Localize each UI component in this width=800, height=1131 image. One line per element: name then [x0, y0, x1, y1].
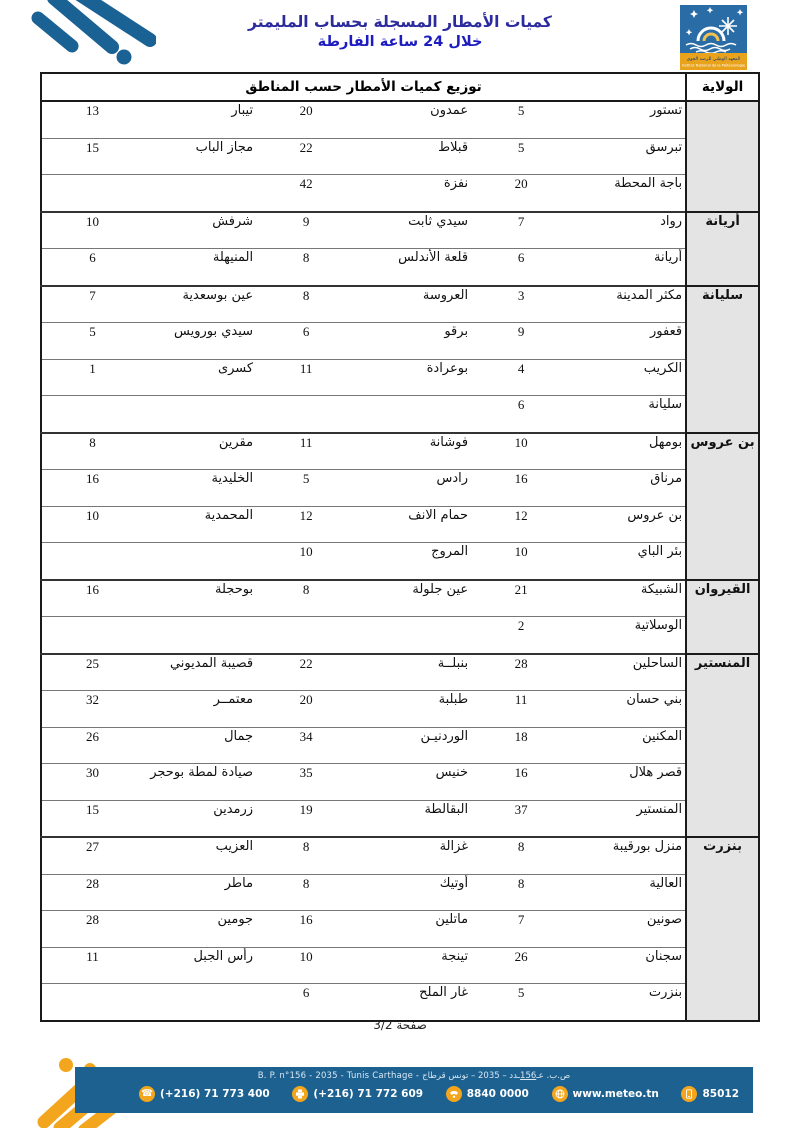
- rain-value-cell: 8: [256, 874, 356, 911]
- table-row: سليانةمكثر المدينة3العروسة8عين بوسعدية7: [41, 286, 759, 323]
- rain-value-cell: [41, 617, 143, 654]
- station-name-cell: مرناق: [571, 470, 686, 507]
- station-name-cell: [143, 396, 256, 433]
- station-name-cell: المنيهلة: [143, 249, 256, 286]
- rain-value-cell: 4: [471, 359, 571, 396]
- station-name-cell: جومين: [143, 911, 256, 948]
- rain-value-cell: 10: [41, 506, 143, 543]
- table-row: سليانة6: [41, 396, 759, 433]
- station-name-cell: [143, 175, 256, 212]
- station-name-cell: بومهل: [571, 433, 686, 470]
- station-name-cell: غار الملح: [356, 984, 471, 1021]
- rain-value-cell: 22: [256, 654, 356, 691]
- station-name-cell: العالية: [571, 874, 686, 911]
- station-name-cell: عين جلولة: [356, 580, 471, 617]
- rain-value-cell: 6: [256, 323, 356, 360]
- rain-value-cell: 8: [256, 286, 356, 323]
- table-row: الوسلاتية2: [41, 617, 759, 654]
- wilaya-cell: المنستير: [686, 654, 759, 838]
- rain-value-cell: 20: [256, 101, 356, 138]
- station-name-cell: سليانة: [571, 396, 686, 433]
- rain-value-cell: 12: [256, 506, 356, 543]
- station-name-cell: ماطر: [143, 874, 256, 911]
- rain-value-cell: 5: [471, 101, 571, 138]
- wilaya-cell: أريانة: [686, 212, 759, 286]
- rain-value-cell: 5: [471, 138, 571, 175]
- station-name-cell: كسرى: [143, 359, 256, 396]
- rain-value-cell: [41, 984, 143, 1021]
- meteorology-institute-icon: المعهد الوطني للرصد الجوي Institut Natio…: [680, 5, 747, 70]
- station-name-cell: رأس الجبل: [143, 947, 256, 984]
- rain-value-cell: 11: [41, 947, 143, 984]
- rain-value-cell: [41, 543, 143, 580]
- rain-value-cell: 9: [256, 212, 356, 249]
- rain-value-cell: 27: [41, 837, 143, 874]
- table-header-row: الولاية توزيع كميات الأمطار حسب المناطق: [41, 73, 759, 101]
- rain-value-cell: [41, 175, 143, 212]
- station-name-cell: بنزرت: [571, 984, 686, 1021]
- table-row: المنستير37البقالطة19زرمدين15: [41, 800, 759, 837]
- station-name-cell: شرفش: [143, 212, 256, 249]
- address-latin: B. P. n°156 - 2035 - Tunis Carthage -: [258, 1071, 422, 1081]
- station-name-cell: [143, 543, 256, 580]
- rain-value-cell: 37: [471, 800, 571, 837]
- call-icon: [446, 1086, 462, 1102]
- station-name-cell: تستور: [571, 101, 686, 138]
- contact-website: www.meteo.tn: [552, 1086, 659, 1102]
- station-name-cell: المحمدية: [143, 506, 256, 543]
- station-name-cell: صيادة لمطة بوحجر: [143, 764, 256, 801]
- station-name-cell: الكريب: [571, 359, 686, 396]
- table-row: بن عروس12حمام الانف12المحمدية10: [41, 506, 759, 543]
- institute-logo: المعهد الوطني للرصد الجوي Institut Natio…: [680, 5, 747, 74]
- station-name-cell: صونين: [571, 911, 686, 948]
- rain-value-cell: 22: [256, 138, 356, 175]
- table-row: صونين7ماتلين16جومين28: [41, 911, 759, 948]
- station-name-cell: جمال: [143, 727, 256, 764]
- station-name-cell: بوحجلة: [143, 580, 256, 617]
- table-row: قعفور9برقو6سيدي بورويس5: [41, 323, 759, 360]
- rain-value-cell: 42: [256, 175, 356, 212]
- rain-value-cell: 28: [41, 911, 143, 948]
- rain-table-body: تستور5عمدون20تيبار13تبرسق5قبلاط22مجاز ال…: [41, 101, 759, 1021]
- station-name-cell: معتمــر: [143, 691, 256, 728]
- rain-value-cell: [256, 396, 356, 433]
- station-name-cell: أريانة: [571, 249, 686, 286]
- station-name-cell: [356, 617, 471, 654]
- rain-value-cell: 5: [471, 984, 571, 1021]
- rain-value-cell: 7: [471, 911, 571, 948]
- address-arabic-suffix: ـدد – 2035 – تونس قرطاج: [422, 1071, 520, 1081]
- rain-value-cell: 10: [41, 212, 143, 249]
- table-row: تبرسق5قبلاط22مجاز الباب15: [41, 138, 759, 175]
- table-row: بني حسان11طبلبة20معتمــر32: [41, 691, 759, 728]
- table-row: بنزرت5غار الملح6: [41, 984, 759, 1021]
- rain-value-cell: 11: [256, 433, 356, 470]
- rain-value-cell: 16: [41, 580, 143, 617]
- wilaya-cell: سليانة: [686, 286, 759, 433]
- rain-value-cell: [256, 617, 356, 654]
- station-name-cell: مكثر المدينة: [571, 286, 686, 323]
- station-name-cell: طبلبة: [356, 691, 471, 728]
- rain-value-cell: 30: [41, 764, 143, 801]
- contact-callcenter: 8840 0000: [446, 1086, 529, 1102]
- rain-value-cell: 10: [471, 433, 571, 470]
- station-name-cell: باجة المحطة: [571, 175, 686, 212]
- rain-value-cell: 12: [471, 506, 571, 543]
- table-row: قصر هلال16خنيس35صيادة لمطة بوحجر30: [41, 764, 759, 801]
- station-name-cell: فوشانة: [356, 433, 471, 470]
- rain-value-cell: 16: [256, 911, 356, 948]
- rain-value-cell: 20: [256, 691, 356, 728]
- rain-value-cell: 2: [471, 617, 571, 654]
- rain-value-cell: 25: [41, 654, 143, 691]
- station-name-cell: [356, 396, 471, 433]
- station-name-cell: رادس: [356, 470, 471, 507]
- rain-value-cell: 18: [471, 727, 571, 764]
- station-name-cell: قلعة الأندلس: [356, 249, 471, 286]
- phone-icon: ☎: [139, 1086, 155, 1102]
- station-name-cell: بن عروس: [571, 506, 686, 543]
- rain-value-cell: 8: [256, 580, 356, 617]
- fax-number: (+216) 71 772 609: [313, 1088, 423, 1100]
- rain-value-cell: 6: [41, 249, 143, 286]
- rain-value-cell: 10: [256, 947, 356, 984]
- address-arabic-prefix: ص.ب. عـ: [536, 1071, 570, 1081]
- globe-icon: [552, 1086, 568, 1102]
- station-name-cell: ماتلين: [356, 911, 471, 948]
- rain-value-cell: 21: [471, 580, 571, 617]
- station-name-cell: الشبيكة: [571, 580, 686, 617]
- station-name-cell: البقالطة: [356, 800, 471, 837]
- contact-phone: ☎ (+216) 71 773 400: [139, 1086, 270, 1102]
- rain-value-cell: 7: [41, 286, 143, 323]
- rain-value-cell: 20: [471, 175, 571, 212]
- regions-distribution-header: توزيع كميات الأمطار حسب المناطق: [41, 73, 686, 101]
- rain-value-cell: 5: [41, 323, 143, 360]
- station-name-cell: سيدي بورويس: [143, 323, 256, 360]
- wilaya-cell: بن عروس: [686, 433, 759, 580]
- table-row: المكنين18الوردنيـن34جمال26: [41, 727, 759, 764]
- rain-value-cell: 16: [471, 470, 571, 507]
- logo-caption-arabic: المعهد الوطني للرصد الجوي: [687, 57, 741, 62]
- rain-value-cell: 8: [41, 433, 143, 470]
- rain-value-cell: 6: [471, 396, 571, 433]
- station-name-cell: نفزة: [356, 175, 471, 212]
- station-name-cell: بوعرادة: [356, 359, 471, 396]
- rain-value-cell: 15: [41, 800, 143, 837]
- rain-value-cell: 13: [41, 101, 143, 138]
- station-name-cell: تبرسق: [571, 138, 686, 175]
- station-name-cell: الوسلاتية: [571, 617, 686, 654]
- logo-caption-french: Institut National de la Météorologie: [682, 64, 746, 68]
- table-row: تستور5عمدون20تيبار13: [41, 101, 759, 138]
- station-name-cell: [143, 984, 256, 1021]
- rain-value-cell: 1: [41, 359, 143, 396]
- station-name-cell: المكنين: [571, 727, 686, 764]
- rain-value-cell: 15: [41, 138, 143, 175]
- rain-value-cell: 3: [471, 286, 571, 323]
- rain-value-cell: 6: [471, 249, 571, 286]
- phone-number: (+216) 71 773 400: [160, 1088, 270, 1100]
- table-row: مرناق16رادس5الخليدية16: [41, 470, 759, 507]
- station-name-cell: قعفور: [571, 323, 686, 360]
- station-name-cell: برقو: [356, 323, 471, 360]
- station-name-cell: عين بوسعدية: [143, 286, 256, 323]
- table-row: المنستيرالساحلين28بنبلــة22قصيبة المديون…: [41, 654, 759, 691]
- table-row: بن عروسبومهل10فوشانة11مقرين8: [41, 433, 759, 470]
- wilaya-cell: بنزرت: [686, 837, 759, 1021]
- station-name-cell: بني حسان: [571, 691, 686, 728]
- wilaya-cell: [686, 101, 759, 212]
- table-row: الكريب4بوعرادة11كسرى1: [41, 359, 759, 396]
- sms-number: 85012: [702, 1088, 739, 1100]
- station-name-cell: بئر الباي: [571, 543, 686, 580]
- rainfall-table-grid: الولاية توزيع كميات الأمطار حسب المناطق …: [40, 72, 760, 1022]
- station-name-cell: المروج: [356, 543, 471, 580]
- rain-value-cell: 8: [471, 837, 571, 874]
- website-link[interactable]: www.meteo.tn: [573, 1088, 659, 1100]
- table-row: أريانةرواد7سيدي ثابت9شرفش10: [41, 212, 759, 249]
- rain-value-cell: 16: [471, 764, 571, 801]
- station-name-cell: العروسة: [356, 286, 471, 323]
- station-name-cell: بنبلــة: [356, 654, 471, 691]
- station-name-cell: قبلاط: [356, 138, 471, 175]
- station-name-cell: الوردنيـن: [356, 727, 471, 764]
- station-name-cell: عمدون: [356, 101, 471, 138]
- rain-value-cell: 28: [41, 874, 143, 911]
- rain-value-cell: 26: [41, 727, 143, 764]
- rain-value-cell: 8: [471, 874, 571, 911]
- rain-value-cell: 26: [471, 947, 571, 984]
- station-name-cell: تيبار: [143, 101, 256, 138]
- rain-value-cell: 35: [256, 764, 356, 801]
- footer-bar: B. P. n°156 - 2035 - Tunis Carthage - ص.…: [75, 1067, 753, 1113]
- rain-value-cell: 11: [256, 359, 356, 396]
- station-name-cell: خنيس: [356, 764, 471, 801]
- station-name-cell: سيدي ثابت: [356, 212, 471, 249]
- table-row: بنزرتمنزل بورقيبة8غزالة8العزيب27: [41, 837, 759, 874]
- contact-sms: 85012: [681, 1086, 739, 1102]
- station-name-cell: زرمدين: [143, 800, 256, 837]
- rain-value-cell: 7: [471, 212, 571, 249]
- station-name-cell: حمام الانف: [356, 506, 471, 543]
- footer-contacts: ☎ (+216) 71 773 400 (+216) 71 772 609 88…: [75, 1081, 753, 1102]
- rain-value-cell: 9: [471, 323, 571, 360]
- rain-value-cell: 32: [41, 691, 143, 728]
- address-box-number: 156: [520, 1071, 536, 1081]
- station-name-cell: تينجة: [356, 947, 471, 984]
- station-name-cell: قصيبة المديوني: [143, 654, 256, 691]
- rain-value-cell: 11: [471, 691, 571, 728]
- station-name-cell: قصر هلال: [571, 764, 686, 801]
- callcenter-number: 8840 0000: [467, 1088, 529, 1100]
- wilaya-cell: القيروان: [686, 580, 759, 654]
- table-row: سجنان26تينجة10رأس الجبل11: [41, 947, 759, 984]
- station-name-cell: العزيب: [143, 837, 256, 874]
- station-name-cell: أوتيك: [356, 874, 471, 911]
- station-name-cell: منزل بورقيبة: [571, 837, 686, 874]
- rain-value-cell: 10: [471, 543, 571, 580]
- rain-value-cell: 34: [256, 727, 356, 764]
- rain-value-cell: [41, 396, 143, 433]
- postal-address: B. P. n°156 - 2035 - Tunis Carthage - ص.…: [75, 1067, 753, 1081]
- rain-value-cell: 28: [471, 654, 571, 691]
- station-name-cell: [143, 617, 256, 654]
- page-number-label: صفحة 3/2: [0, 1018, 800, 1032]
- contact-fax: (+216) 71 772 609: [292, 1086, 423, 1102]
- rain-value-cell: 6: [256, 984, 356, 1021]
- station-name-cell: غزالة: [356, 837, 471, 874]
- station-name-cell: الخليدية: [143, 470, 256, 507]
- station-name-cell: سجنان: [571, 947, 686, 984]
- sms-icon: [681, 1086, 697, 1102]
- report-page: { "page": { "title_line1": "كميات الأمطا…: [0, 0, 800, 1131]
- rainfall-table: الولاية توزيع كميات الأمطار حسب المناطق …: [40, 72, 760, 1022]
- station-name-cell: مقرين: [143, 433, 256, 470]
- table-row: أريانة6قلعة الأندلس8المنيهلة6: [41, 249, 759, 286]
- rain-value-cell: 5: [256, 470, 356, 507]
- table-row: بئر الباي10المروج10: [41, 543, 759, 580]
- table-row: باجة المحطة20نفزة42: [41, 175, 759, 212]
- station-name-cell: مجاز الباب: [143, 138, 256, 175]
- rain-value-cell: 16: [41, 470, 143, 507]
- table-row: العالية8أوتيك8ماطر28: [41, 874, 759, 911]
- rain-value-cell: 10: [256, 543, 356, 580]
- rain-value-cell: 19: [256, 800, 356, 837]
- fax-icon: [292, 1086, 308, 1102]
- rain-value-cell: 8: [256, 249, 356, 286]
- rain-value-cell: 8: [256, 837, 356, 874]
- station-name-cell: المنستير: [571, 800, 686, 837]
- station-name-cell: الساحلين: [571, 654, 686, 691]
- table-row: القيروانالشبيكة21عين جلولة8بوحجلة16: [41, 580, 759, 617]
- wilaya-column-header: الولاية: [686, 73, 759, 101]
- station-name-cell: رواد: [571, 212, 686, 249]
